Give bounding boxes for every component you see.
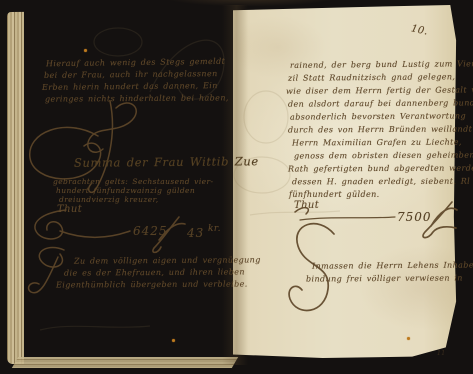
manuscript-line: absonderlich bevorsten Verantwortung (290, 111, 466, 121)
manuscript-photo: Hierauf auch wenig des Stegs gemeldt bei… (0, 0, 473, 374)
amount-gulden: 7500 (397, 210, 432, 224)
manuscript-line: geringes nichts hinderhalten bei haben, (45, 93, 229, 103)
manuscript-line: wie diser dem Herrn fertig der Gestalt v… (286, 85, 473, 95)
manuscript-line: bei der Frau, auch ihr nachgelassnen (44, 69, 218, 80)
manuscript-line: dreiundvierzig kreuzer, (59, 195, 159, 204)
facit-label: Thut (294, 200, 319, 211)
manuscript-line: Rath gefertigten bund abgeredten werde, (288, 163, 473, 173)
manuscript-line: bindung frei völliger verwiesen in (306, 273, 463, 283)
corner-mark: 11 (437, 350, 445, 357)
manuscript-line: durch des von Herrn Bründen weillandt (288, 125, 472, 135)
manuscript-line: zil Statt Raudnitzisch gnad gelegen, (288, 72, 455, 82)
manuscript-line: gebrachten gelts: Sechstausend vier- (53, 177, 213, 186)
foxing-speck (407, 337, 410, 340)
manuscript-line: fünfhundert gülden. (289, 190, 380, 199)
manuscript-line: Eigenthümblich übergeben und verbleibe. (56, 279, 248, 289)
facit-label: Thut (57, 204, 82, 215)
amount-kreuzer-unit: kr. (208, 224, 221, 234)
manuscript-line: Inmassen die Herrn Lehens Inhaber ver- (312, 260, 473, 270)
amount-kreuzer: 43 (187, 226, 204, 240)
manuscript-line: die es der Ehefrauen, und ihren lieben (64, 267, 245, 277)
manuscript-line: den alsdort darauf bei dannenberg bund (288, 98, 473, 108)
foxing-speck (172, 339, 175, 342)
amount-gulden: 6425 (133, 224, 168, 238)
gutter-shadow (222, 5, 248, 365)
manuscript-line: hundert fünfundzwainzig gülden (56, 186, 195, 195)
manuscript-line: rainend, der berg bund Lustig zum Viertl… (290, 59, 473, 70)
manuscript-line: dessen H. gnaden erledigt, siebent. Rl (292, 177, 470, 187)
foxing-speck (84, 49, 87, 52)
manuscript-line: Zu dem völligen aigen und vergnüegung (74, 255, 261, 265)
manuscript-line: Erben hierin hundert das dannen, Ein (42, 81, 218, 92)
manuscript-line: genoss dem obristen diesen geheimben (294, 151, 473, 161)
manuscript-line: Herrn Maximilian Grafen zu Liechte, (292, 138, 462, 148)
summa-heading: Summa der Frau Wittib Zue (74, 154, 259, 170)
